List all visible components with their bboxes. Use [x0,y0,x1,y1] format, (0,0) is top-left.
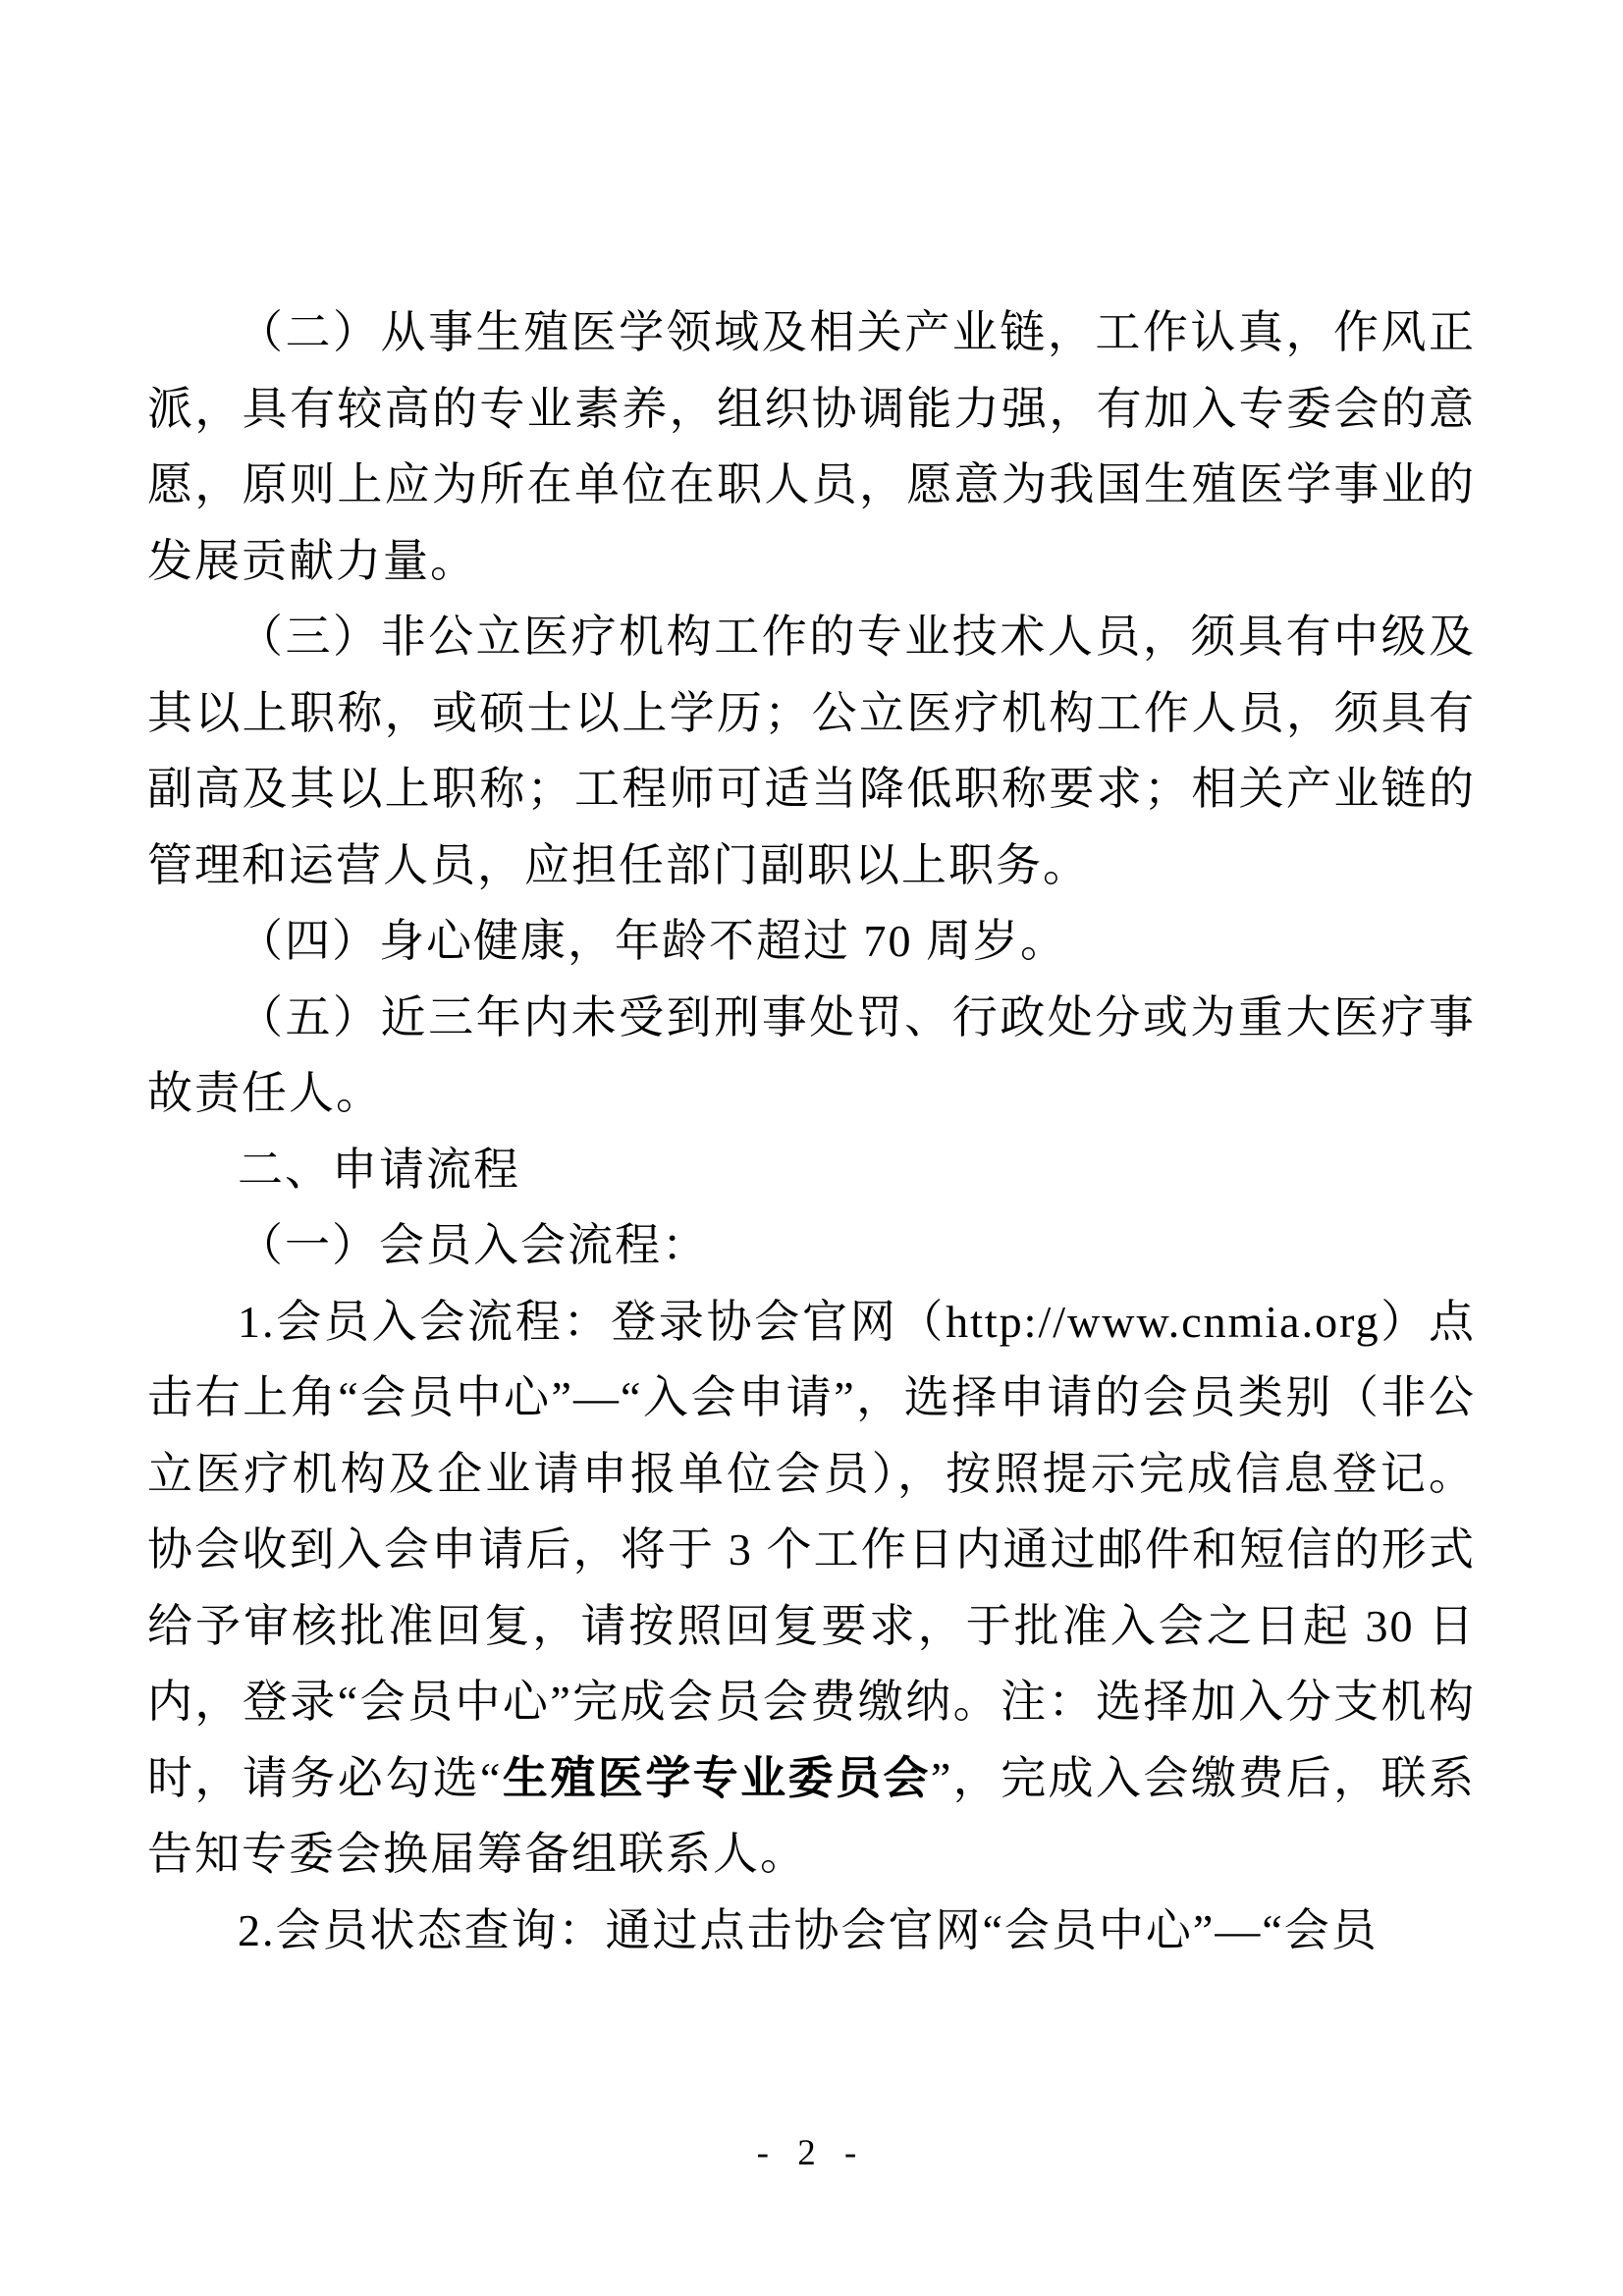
section-heading-application-process: 二、申请流程 [147,1132,1476,1208]
document-page: （二）从事生殖医学领域及相关产业链，工作认真，作风正派，具有较高的专业素养，组织… [0,0,1623,2296]
paragraph-text: （五）近三年内未受到刑事处罚、行政处分或为重大医疗事故责任人。 [147,992,1476,1119]
paragraph-text: 2.会员状态查询：通过点击协会官网“会员中心”—“会员 [238,1905,1379,1955]
paragraph-criteria-2: （二）从事生殖医学领域及相关产业链，工作认真，作风正派，具有较高的专业素养，组织… [147,294,1476,599]
paragraph-step-2: 2.会员状态查询：通过点击协会官网“会员中心”—“会员 [147,1893,1476,1969]
highlighted-committee-name: 生殖医学专业委员会 [502,1753,930,1803]
subsection-heading-membership-process: （一）会员入会流程： [147,1207,1476,1284]
paragraph-criteria-3: （三）非公立医疗机构工作的专业技术人员，须具有中级及其以上职称，或硕士以上学历；… [147,599,1476,903]
paragraph-text: （三）非公立医疗机构工作的专业技术人员，须具有中级及其以上职称，或硕士以上学历；… [147,612,1476,890]
paragraph-text: （四）身心健康，年龄不超过 70 周岁。 [238,916,1067,966]
paragraph-text-pre: 1.会员入会流程：登录协会官网（http://www.cnmia.org）点击右… [147,1297,1476,1803]
page-number: - 2 - [0,2132,1623,2175]
paragraph-criteria-5: （五）近三年内未受到刑事处罚、行政处分或为重大医疗事故责任人。 [147,980,1476,1132]
document-body: （二）从事生殖医学领域及相关产业链，工作认真，作风正派，具有较高的专业素养，组织… [147,294,1476,1968]
paragraph-step-1: 1.会员入会流程：登录协会官网（http://www.cnmia.org）点击右… [147,1284,1476,1893]
paragraph-text: （二）从事生殖医学领域及相关产业链，工作认真，作风正派，具有较高的专业素养，组织… [147,307,1476,586]
paragraph-criteria-4: （四）身心健康，年龄不超过 70 周岁。 [147,903,1476,980]
